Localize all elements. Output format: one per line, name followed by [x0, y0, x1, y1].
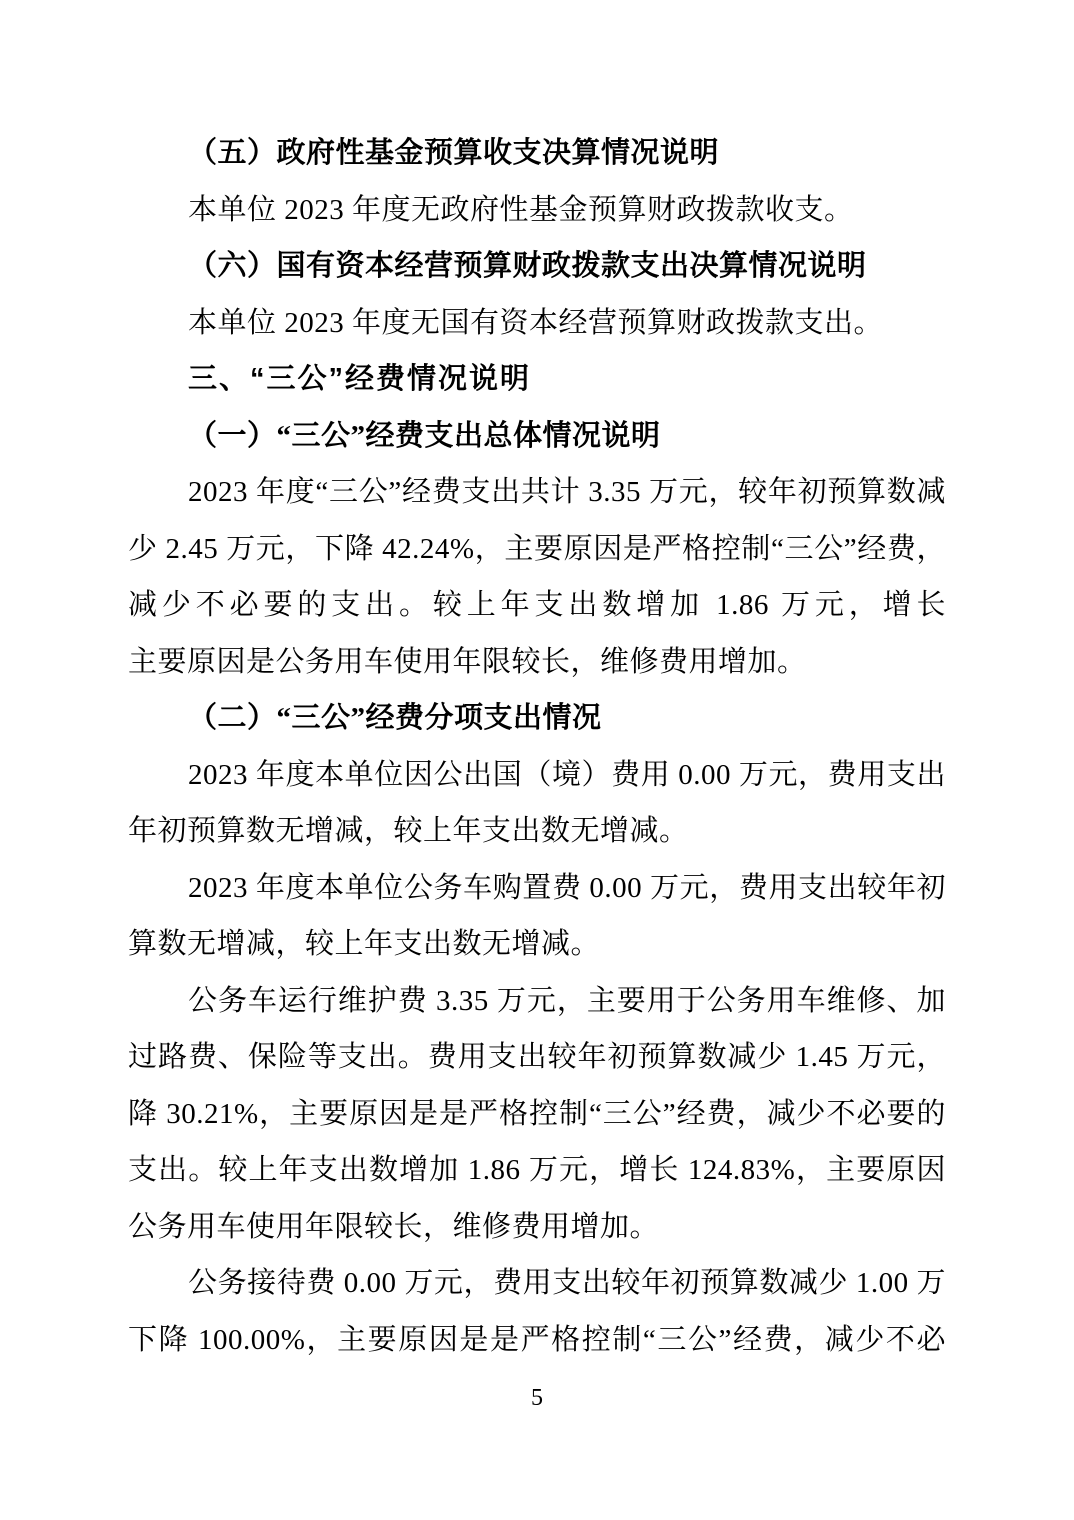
heading-line: （六）国有资本经营预算财政拨款支出决算情况说明 [128, 238, 946, 295]
text-line: 公务接待费 0.00 万元，费用支出较年初预算数减少 1.00 万元， [128, 1255, 946, 1312]
text-line: 支出。较上年支出数增加 1.86 万元，增长 124.83%，主要原因是 [128, 1142, 946, 1199]
text-line: 2023 年度“三公”经费支出共计 3.35 万元，较年初预算数减 [128, 464, 946, 521]
text-line: 公务用车使用年限较长，维修费用增加。 [128, 1199, 946, 1256]
document-page: （五）政府性基金预算收支决算情况说明本单位 2023 年度无政府性基金预算财政拨… [0, 0, 1074, 1520]
text-line: 减少不必要的支出。较上年支出数增加 1.86 万元，增长 124.83%， [128, 577, 946, 634]
text-line: 下降 100.00%，主要原因是是严格控制“三公”经费，减少不必要 [128, 1312, 946, 1369]
text-line: 本单位 2023 年度无国有资本经营预算财政拨款支出。 [128, 295, 946, 352]
heading-line: （二）“三公”经费分项支出情况 [128, 690, 946, 747]
heading-line: （五）政府性基金预算收支决算情况说明 [128, 125, 946, 182]
heading-line: 三、“三公”经费情况说明 [128, 351, 946, 408]
text-line: 年初预算数无增减，较上年支出数无增减。 [128, 803, 946, 860]
text-line: 少 2.45 万元，下降 42.24%，主要原因是严格控制“三公”经费， [128, 521, 946, 578]
text-line: 主要原因是公务用车使用年限较长，维修费用增加。 [128, 634, 946, 691]
text-line: 2023 年度本单位公务车购置费 0.00 万元，费用支出较年初预 [128, 860, 946, 917]
document-body: （五）政府性基金预算收支决算情况说明本单位 2023 年度无政府性基金预算财政拨… [128, 125, 946, 1368]
heading-line: （一）“三公”经费支出总体情况说明 [128, 408, 946, 465]
text-line: 过路费、保险等支出。费用支出较年初预算数减少 1.45 万元，下 [128, 1029, 946, 1086]
text-line: 降 30.21%，主要原因是是严格控制“三公”经费，减少不必要的 [128, 1086, 946, 1143]
text-line: 本单位 2023 年度无政府性基金预算财政拨款收支。 [128, 182, 946, 239]
text-line: 2023 年度本单位因公出国（境）费用 0.00 万元，费用支出较 [128, 747, 946, 804]
text-line: 公务车运行维护费 3.35 万元，主要用于公务用车维修、加油、 [128, 973, 946, 1030]
page-number: 5 [0, 1384, 1074, 1412]
text-line: 算数无增减，较上年支出数无增减。 [128, 916, 946, 973]
